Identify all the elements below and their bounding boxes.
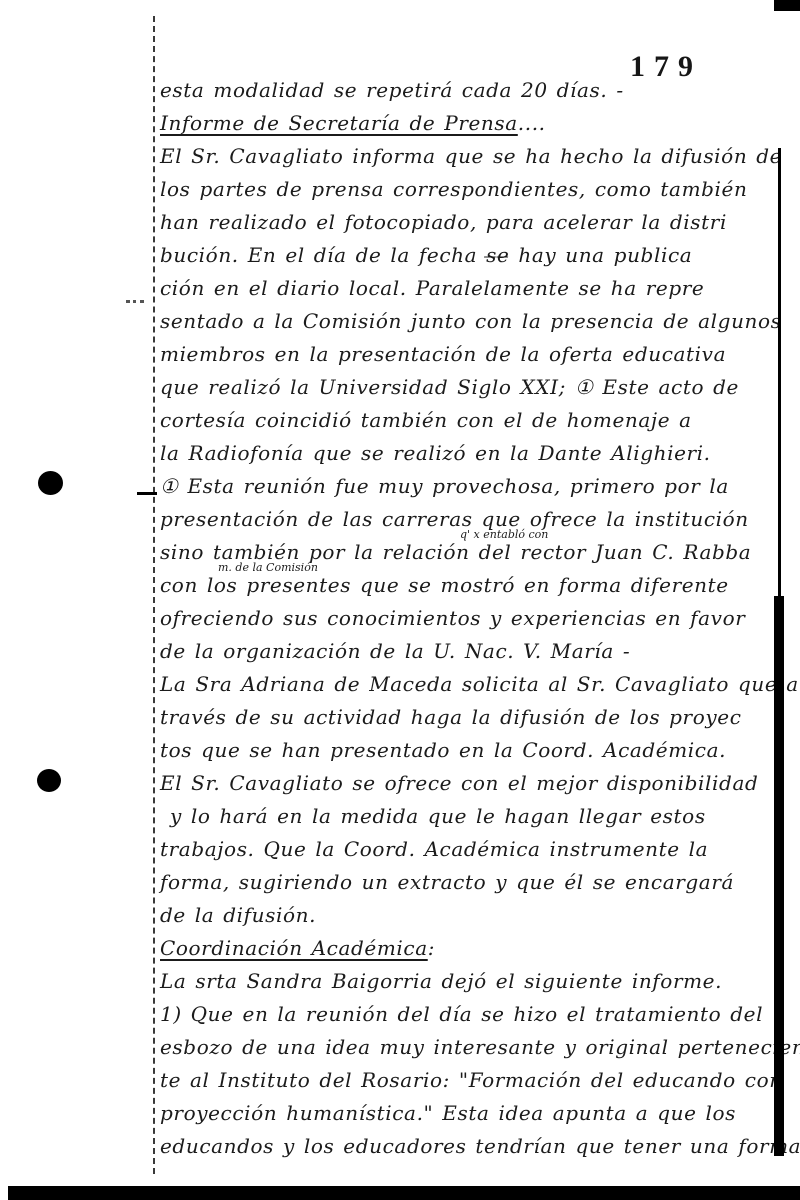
- handwritten-line: El Sr. Cavagliato se ofrece con el mejor…: [160, 767, 794, 800]
- handwritten-line: El Sr. Cavagliato informa que se ha hech…: [160, 140, 794, 173]
- handwritten-line: 1) Que en la reunión del día se hizo el …: [160, 998, 794, 1031]
- handwritten-line: la Radiofonía que se realizó en la Dante…: [160, 437, 794, 470]
- handwritten-line: Informe de Secretaría de Prensa....: [160, 107, 794, 140]
- handwritten-line: miembros en la presentación de la oferta…: [160, 338, 794, 371]
- margin-dots-mark: [126, 300, 144, 303]
- handwriting-text: esta modalidad se repetirá cada 20 días.…: [160, 74, 794, 1163]
- margin-dash-mark: [137, 492, 157, 495]
- interlinear-annotation: m. de la Comisión: [218, 562, 318, 573]
- scan-edge-artifact-corner: [774, 0, 800, 11]
- scan-edge-artifact-right-thick: [774, 596, 784, 1156]
- handwritten-line: Coordinación Académica:: [160, 932, 794, 965]
- handwritten-line: tos que se han presentado en la Coord. A…: [160, 734, 794, 767]
- handwritten-line: La Sra Adriana de Maceda solicita al Sr.…: [160, 668, 794, 701]
- handwritten-line: te al Instituto del Rosario: "Formación …: [160, 1064, 794, 1097]
- handwritten-line: cortesía coincidió también con el de hom…: [160, 404, 794, 437]
- handwritten-line: través de su actividad haga la difusión …: [160, 701, 794, 734]
- handwritten-line: los partes de prensa correspondientes, c…: [160, 173, 794, 206]
- handwritten-line: esta modalidad se repetirá cada 20 días.…: [160, 74, 794, 107]
- scanned-page: 179 esta modalidad se repetirá cada 20 d…: [0, 0, 800, 1200]
- handwritten-line: de la organización de la U. Nac. V. Marí…: [160, 635, 794, 668]
- handwritten-line: educandos y los educadores tendrían que …: [160, 1130, 794, 1163]
- handwritten-line: ción en el diario local. Paralelamente s…: [160, 272, 794, 305]
- handwritten-line: y lo hará en la medida que le hagan lleg…: [160, 800, 794, 833]
- scan-edge-artifact-bottom: [8, 1186, 800, 1200]
- margin-rule-line: [153, 16, 155, 1174]
- handwritten-line: ofreciendo sus conocimientos y experienc…: [160, 602, 794, 635]
- handwritten-line: que realizó la Universidad Siglo XXI; ① …: [160, 371, 794, 404]
- punch-hole-icon: [38, 471, 63, 495]
- scan-edge-artifact-right-thin: [778, 148, 781, 598]
- handwritten-line: forma, sugiriendo un extracto y que él s…: [160, 866, 794, 899]
- handwritten-line: de la difusión.: [160, 899, 794, 932]
- handwritten-line: sentado a la Comisión junto con la prese…: [160, 305, 794, 338]
- handwritten-line: han realizado el fotocopiado, para acele…: [160, 206, 794, 239]
- interlinear-annotation: q' x entabló con: [460, 529, 548, 540]
- handwritten-line: La srta Sandra Baigorria dejó el siguien…: [160, 965, 794, 998]
- punch-hole-icon: [37, 769, 61, 792]
- handwritten-line: bución. En el día de la fecha s̶e̶ hay u…: [160, 239, 794, 272]
- handwritten-line: proyección humanística." Esta idea apunt…: [160, 1097, 794, 1130]
- handwritten-line: esbozo de una idea muy interesante y ori…: [160, 1031, 794, 1064]
- handwritten-line: ① Esta reunión fue muy provechosa, prime…: [160, 470, 794, 503]
- handwritten-line: con los presentes que se mostró en forma…: [160, 569, 794, 602]
- handwritten-line: trabajos. Que la Coord. Académica instru…: [160, 833, 794, 866]
